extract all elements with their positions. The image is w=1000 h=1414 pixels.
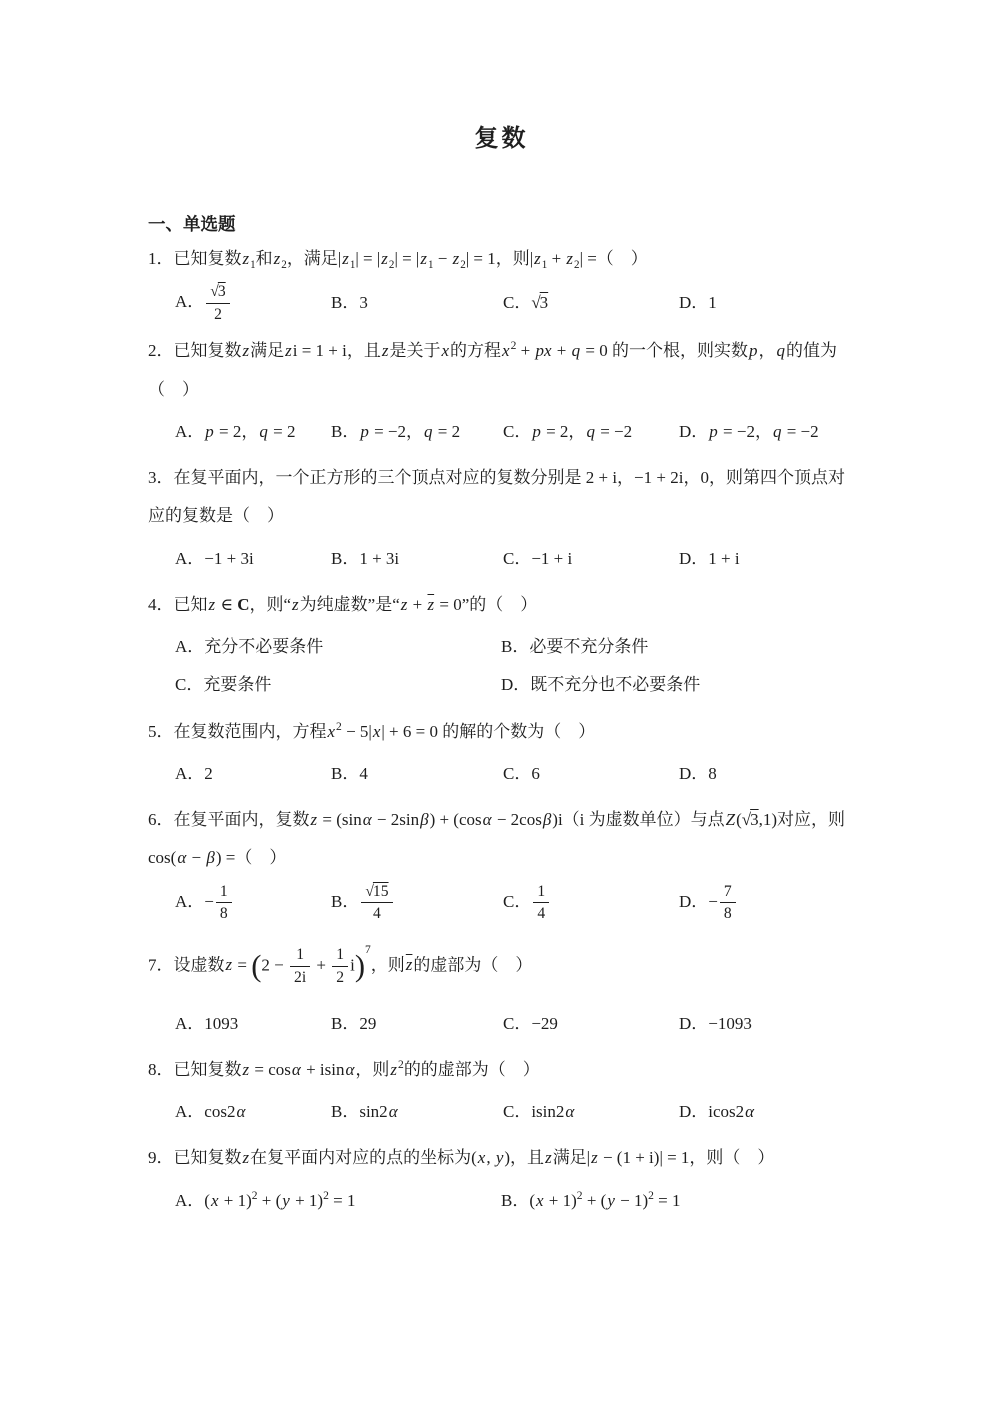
question-4: 4．已知z ∈ C，则“z为纯虚数”是“z + z = 0”的（ ） A．充分不… — [148, 586, 855, 705]
question-7-option-b: B．29 — [331, 1005, 503, 1043]
question-6-option-c: C．14 — [503, 882, 679, 924]
question-5-options: A．2 B．4 C．6 D．8 — [175, 755, 855, 793]
question-1-options: A．√32 B．3 C．√3 D．1 — [175, 282, 855, 324]
question-5-option-a: A．2 — [175, 755, 331, 793]
question-6-option-b: B．√154 — [331, 882, 503, 924]
question-3: 3．在复平面内，一个正方形的三个顶点对应的复数分别是 2 + i，−1 + 2i… — [148, 459, 855, 578]
question-2-option-c: C．p = 2，q = −2 — [503, 413, 679, 451]
question-5-option-c: C．6 — [503, 755, 679, 793]
question-4-option-d: D．既不充分也不必要条件 — [501, 666, 855, 704]
question-9: 9．已知复数z在复平面内对应的点的坐标为(x, y)，且z满足|z − (1 +… — [148, 1139, 855, 1220]
page-title: 复数 — [148, 118, 855, 153]
question-3-option-d: D．1 + i — [679, 540, 855, 578]
question-7: 7．设虚数z = (2 − 12i + 12i)7，则z的虚部为（ ） A．10… — [148, 932, 855, 1043]
question-6-stem: 6．在复平面内，复数z = (sinα − 2sinβ) + (cosα − 2… — [148, 801, 855, 878]
question-7-options: A．1093 B．29 C．−29 D．−1093 — [175, 1005, 855, 1043]
question-2-stem: 2．已知复数z满足zi = 1 + i，且z是关于x的方程x2 + px + q… — [148, 332, 855, 409]
question-8-options: A．cos2α B．sin2α C．isin2α D．icos2α — [175, 1093, 855, 1131]
question-1: 1．已知复数z1和z2，满足|z1| = |z2| = |z1 − z2| = … — [148, 240, 855, 324]
question-7-option-a: A．1093 — [175, 1005, 331, 1043]
question-7-stem: 7．设虚数z = (2 − 12i + 12i)7，则z的虚部为（ ） — [148, 932, 855, 1001]
question-4-stem: 4．已知z ∈ C，则“z为纯虚数”是“z + z = 0”的（ ） — [148, 586, 855, 624]
question-8-option-c: C．isin2α — [503, 1093, 679, 1131]
section-heading: 一、单选题 — [148, 211, 855, 236]
question-2: 2．已知复数z满足zi = 1 + i，且z是关于x的方程x2 + px + q… — [148, 332, 855, 451]
question-5-option-b: B．4 — [331, 755, 503, 793]
question-9-option-b: B．(x + 1)2 + (y − 1)2 = 1 — [501, 1182, 855, 1220]
question-7-option-d: D．−1093 — [679, 1005, 855, 1043]
question-3-stem: 3．在复平面内，一个正方形的三个顶点对应的复数分别是 2 + i，−1 + 2i… — [148, 459, 855, 536]
question-9-options: A．(x + 1)2 + (y + 1)2 = 1 B．(x + 1)2 + (… — [175, 1182, 855, 1220]
question-2-option-d: D．p = −2，q = −2 — [679, 413, 855, 451]
question-9-stem: 9．已知复数z在复平面内对应的点的坐标为(x, y)，且z满足|z − (1 +… — [148, 1139, 855, 1177]
question-1-option-d: D．1 — [679, 284, 855, 322]
question-4-options: A．充分不必要条件 B．必要不充分条件 C．充要条件 D．既不充分也不必要条件 — [175, 628, 855, 705]
question-4-option-b: B．必要不充分条件 — [501, 628, 855, 666]
question-2-options: A．p = 2，q = 2 B．p = −2，q = 2 C．p = 2，q =… — [175, 413, 855, 451]
question-6: 6．在复平面内，复数z = (sinα − 2sinβ) + (cosα − 2… — [148, 801, 855, 924]
question-6-option-a: A．−18 — [175, 882, 331, 924]
question-3-option-b: B．1 + 3i — [331, 540, 503, 578]
question-8-option-a: A．cos2α — [175, 1093, 331, 1131]
question-2-option-a: A．p = 2，q = 2 — [175, 413, 331, 451]
question-5: 5．在复数范围内，方程x2 − 5|x| + 6 = 0 的解的个数为（ ） A… — [148, 713, 855, 794]
question-7-option-c: C．−29 — [503, 1005, 679, 1043]
question-8-option-d: D．icos2α — [679, 1093, 855, 1131]
document-page: 复数 一、单选题 1．已知复数z1和z2，满足|z1| = |z2| = |z1… — [0, 0, 1000, 1268]
question-5-stem: 5．在复数范围内，方程x2 − 5|x| + 6 = 0 的解的个数为（ ） — [148, 713, 855, 751]
question-3-option-c: C．−1 + i — [503, 540, 679, 578]
question-4-option-a: A．充分不必要条件 — [175, 628, 501, 666]
question-1-stem: 1．已知复数z1和z2，满足|z1| = |z2| = |z1 − z2| = … — [148, 240, 855, 278]
question-8-option-b: B．sin2α — [331, 1093, 503, 1131]
question-5-option-d: D．8 — [679, 755, 855, 793]
question-1-option-a: A．√32 — [175, 282, 331, 324]
question-4-option-c: C．充要条件 — [175, 666, 501, 704]
question-2-option-b: B．p = −2，q = 2 — [331, 413, 503, 451]
question-9-option-a: A．(x + 1)2 + (y + 1)2 = 1 — [175, 1182, 501, 1220]
question-1-option-c: C．√3 — [503, 284, 679, 322]
question-6-option-d: D．−78 — [679, 882, 855, 924]
question-8-stem: 8．已知复数z = cosα + isinα，则z2的的虚部为（ ） — [148, 1051, 855, 1089]
question-3-option-a: A．−1 + 3i — [175, 540, 331, 578]
question-3-options: A．−1 + 3i B．1 + 3i C．−1 + i D．1 + i — [175, 540, 855, 578]
question-1-option-b: B．3 — [331, 284, 503, 322]
question-8: 8．已知复数z = cosα + isinα，则z2的的虚部为（ ） A．cos… — [148, 1051, 855, 1132]
question-6-options: A．−18 B．√154 C．14 D．−78 — [175, 882, 855, 924]
